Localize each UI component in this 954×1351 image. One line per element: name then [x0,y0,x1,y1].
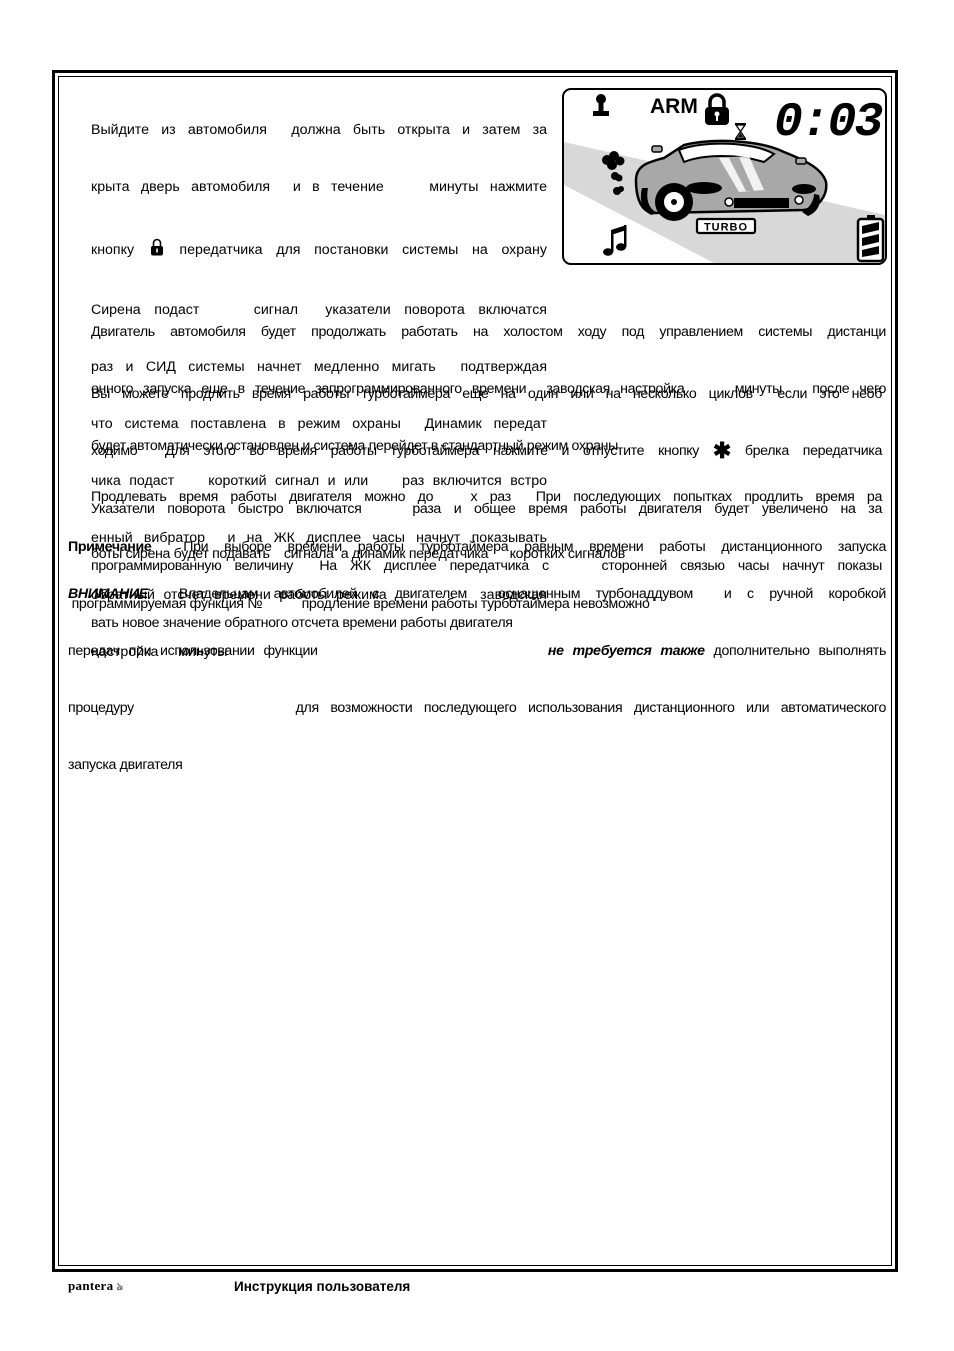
battery-icon [858,215,883,261]
text-fragment: кнопку [91,242,134,258]
lock-icon [705,95,729,125]
car-icon [636,141,826,221]
text-line: Вы можете продлить время работы турботай… [91,385,882,404]
logo-text: pantera [68,1278,113,1293]
text-line: Выйдите из автомобиля должна быть открыт… [91,121,547,140]
text-fragment: дополнительно выполнять [705,643,886,659]
lcd-time-readout: 0:03 [774,96,882,150]
text-line: ВНИМАНИЕ Владельцам автомобилей с двигат… [68,585,886,604]
footer-title: Инструкция пользователя [234,1279,410,1294]
text-fragment: передач при использовании функции [68,643,548,659]
arm-label: ARM [650,95,698,118]
text-line: передач при использовании функции не тре… [68,642,886,661]
warning-block: ВНИМАНИЕ Владельцам автомобилей с двигат… [68,547,886,794]
hourglass-icon [735,123,746,140]
key-icon [593,94,609,116]
pantera-logo: pantera ঌ [68,1278,123,1297]
music-note-icon [603,225,627,256]
text-line: кнопку передатчика для постановки систем… [91,235,547,263]
panther-head-icon: ঌ [113,1281,123,1293]
text-fragment: передатчика для постановки системы на ох… [179,242,547,258]
warning-label: ВНИМАНИЕ [68,586,148,602]
lcd-display-illustration: ARM 0:03 [562,88,887,265]
text-fragment: Владельцам автомобилей с двигателем осна… [148,586,886,602]
warning-emphasis: не требуется также [548,643,705,659]
lock-button-icon [150,237,164,254]
text-line: процедуру для возможности последующего и… [68,699,886,718]
text-line: запуска двигателя [68,756,886,775]
text-line: Двигатель автомобиля будет продолжать ра… [91,323,886,342]
turbo-label: TURBO [704,222,748,234]
text-line: крыта дверь автомобиля и в течение минут… [91,178,547,197]
